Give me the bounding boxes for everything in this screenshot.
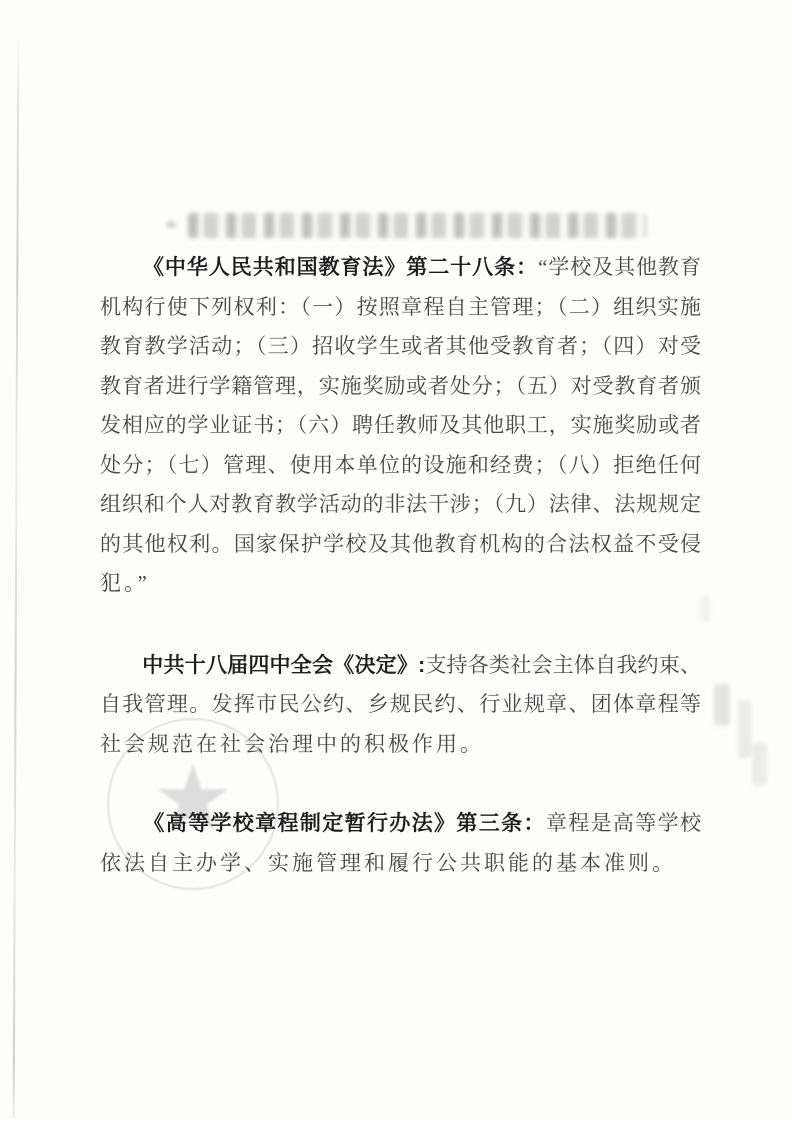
text-line: 教育教学活动；（三）招收学生或者其他受教育者；（四）对受 [100,327,701,367]
text-line: 依法自主办学、实施管理和履行公共职能的基本准则。 [100,844,701,884]
citation-title-bold: 《中华人民共和国教育法》第二十八条： [142,256,538,279]
paragraph-charter-interim-measures-article-3: 《高等学校章程制定暂行办法》第三条：章程是高等学校 依法自主办学、实施管理和履行… [100,804,701,883]
document-body-text: 《中华人民共和国教育法》第二十八条：“学校及其他教育 机构行使下列权利：（一）按… [100,248,701,883]
ghost-text-smudge [188,213,646,238]
scan-crease-line [13,38,20,1118]
bleedthrough-mark [714,684,730,726]
paragraph-fourth-plenum-decision: 中共十八届四中全会《决定》:支持各类社会主体自我约束、 自我管理。发挥市民公约、… [100,646,701,765]
citation-title-bold: 《高等学校章程制定暂行办法》第三条： [142,812,546,835]
text-segment: 支持各类社会主体自我约束、 [425,653,701,677]
text-segment: 章程是高等学校 [546,811,701,835]
bleedthrough-mark [752,742,767,786]
text-line: 组织和个人对教育教学活动的非法干涉；（九）法律、法规规定 [100,485,701,525]
text-line: 的其他权利。国家保护学校及其他教育机构的合法权益不受侵 [100,525,701,565]
bleedthrough-mark [700,596,710,622]
text-line: 《高等学校章程制定暂行办法》第三条：章程是高等学校 [100,804,701,844]
text-line: 中共十八届四中全会《决定》:支持各类社会主体自我约束、 [100,646,701,686]
scan-speck [166,221,176,228]
bleedthrough-mark [738,700,751,758]
text-line: 处分；（七）管理、使用本单位的设施和经费；（八）拒绝任何 [100,446,701,486]
scanned-document-page: ★ 《中华人民共和国教育法》第二十八条：“学校及其他教育 机构行使下列权利：（一… [0,0,793,1122]
text-line: 社会规范在社会治理中的积极作用。 [100,725,701,765]
citation-title-bold: 中共十八届四中全会《决定》: [142,654,425,677]
text-line: 教育者进行学籍管理，实施奖励或者处分；（五）对受教育者颁 [100,367,701,407]
text-line: 机构行使下列权利：（一）按照章程自主管理；（二）组织实施 [100,288,701,328]
text-line: 犯。” [100,564,701,604]
text-segment: “学校及其他教育 [538,255,701,279]
text-line: 发相应的学业证书；（六）聘任教师及其他职工，实施奖励或者 [100,406,701,446]
paragraph-education-law-article-28: 《中华人民共和国教育法》第二十八条：“学校及其他教育 机构行使下列权利：（一）按… [100,248,701,604]
text-line: 《中华人民共和国教育法》第二十八条：“学校及其他教育 [100,248,701,288]
text-line: 自我管理。发挥市民公约、乡规民约、行业规章、团体章程等 [100,685,701,725]
